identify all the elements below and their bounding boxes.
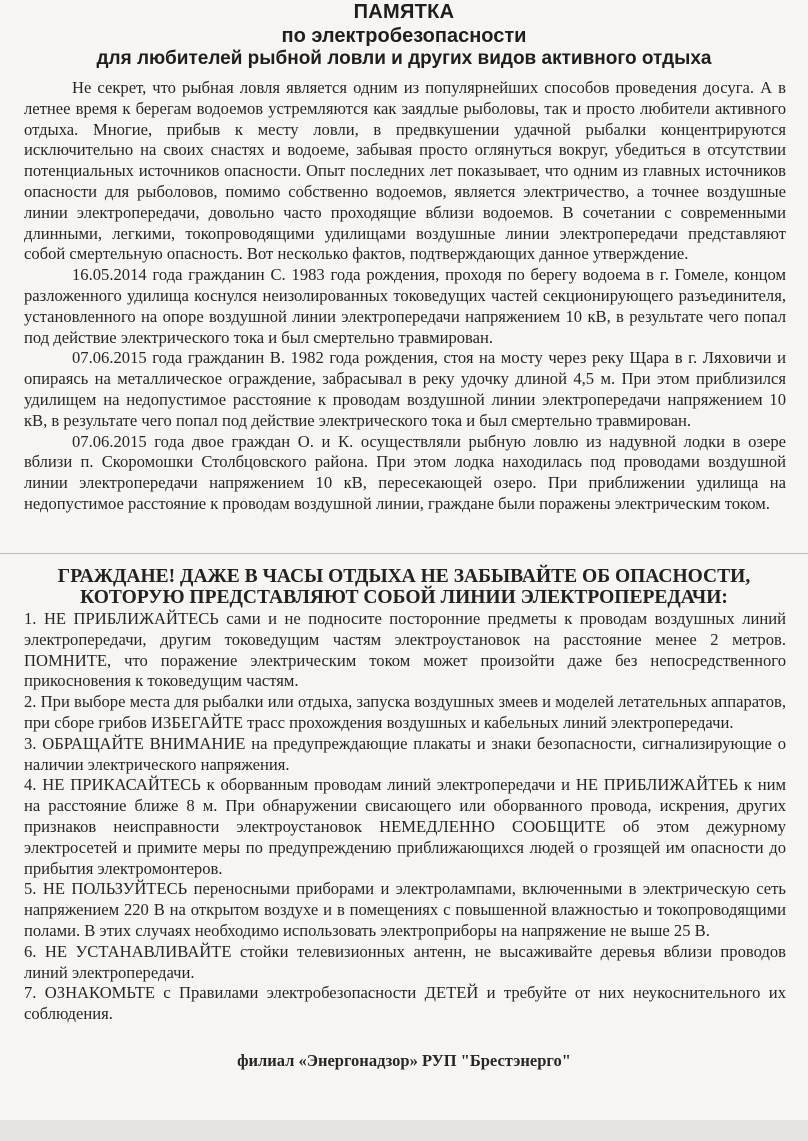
rule-item: 4. НЕ ПРИКАСАЙТЕСЬ к оборванным проводам… [24,775,786,879]
rules-list: 1. НЕ ПРИБЛИЖАЙТЕСЬ сами и не подносите … [24,609,786,1025]
rule-item: 6. НЕ УСТАНАВЛИВАЙТЕ стойки телевизионны… [24,942,786,984]
document-title: ПАМЯТКА [0,0,808,22]
warning-heading-line: ГРАЖДАНЕ! ДАЖЕ В ЧАСЫ ОТДЫХА НЕ ЗАБЫВАЙТ… [0,566,808,587]
intro-section: Не секрет, что рыбная ловля является одн… [24,78,786,515]
warning-heading-line: КОТОРУЮ ПРЕДСТАВЛЯЮТ СОБОЙ ЛИНИИ ЭЛЕКТРО… [0,587,808,608]
rule-item: 5. НЕ ПОЛЬЗУЙТЕСЬ переносными приборами … [24,879,786,941]
document-page: ПАМЯТКА по электробезопасности для любит… [0,0,808,1120]
intro-paragraph: Не секрет, что рыбная ловля является одн… [24,78,786,265]
rule-item: 7. ОЗНАКОМЬТЕ с Правилами электробезопас… [24,983,786,1025]
incident-paragraph: 07.06.2015 года двое граждан О. и К. осу… [24,432,786,515]
rule-item: 2. При выборе места для рыбалки или отды… [24,692,786,734]
section-divider [0,553,808,554]
incident-paragraph: 07.06.2015 года гражданин В. 1982 года р… [24,348,786,431]
rule-item: 3. ОБРАЩАЙТЕ ВНИМАНИЕ на предупреждающие… [24,734,786,776]
document-subtitle: по электробезопасности [0,25,808,47]
rule-item: 1. НЕ ПРИБЛИЖАЙТЕСЬ сами и не подносите … [24,609,786,692]
document-audience: для любителей рыбной ловли и других видо… [0,48,808,70]
signature: филиал «Энергонадзор» РУП "Брестэнерго" [0,1051,808,1071]
document-header: ПАМЯТКА по электробезопасности для любит… [0,0,808,70]
incident-paragraph: 16.05.2014 года гражданин С. 1983 года р… [24,265,786,348]
warning-heading: ГРАЖДАНЕ! ДАЖЕ В ЧАСЫ ОТДЫХА НЕ ЗАБЫВАЙТ… [0,566,808,608]
